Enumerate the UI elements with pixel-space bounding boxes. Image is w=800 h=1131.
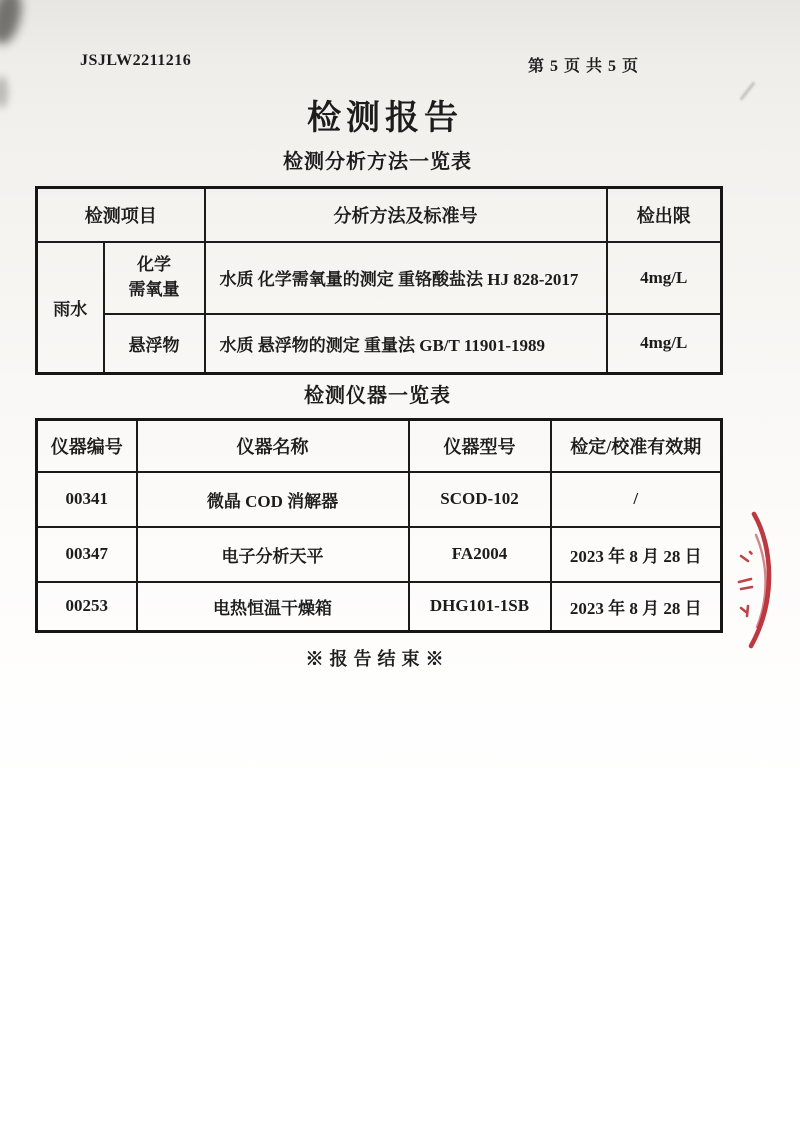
table-row: 00347 电子分析天平 FA2004 2023 年 8 月 28 日	[37, 527, 722, 582]
instrument-model-cell: SCOD-102	[409, 472, 551, 527]
instrument-table: 仪器编号 仪器名称 仪器型号 检定/校准有效期 00341 微晶 COD 消解器…	[35, 418, 723, 633]
page-indicator: 第 5 页 共 5 页	[528, 53, 639, 76]
report-number: JSJLW2211216	[80, 52, 191, 70]
instrument-table-header-row: 仪器编号 仪器名称 仪器型号 检定/校准有效期	[37, 420, 722, 472]
table-row: 00341 微晶 COD 消解器 SCOD-102 /	[37, 472, 722, 527]
page-title: 检测报告	[35, 90, 735, 139]
test-item-cell: 化学 需氧量	[104, 242, 205, 314]
detection-limit-cell: 4mg/L	[607, 314, 722, 374]
col-header-test-item: 检测项目	[37, 188, 205, 242]
method-table-caption: 检测分析方法一览表	[35, 145, 720, 174]
test-item-cell: 悬浮物	[104, 314, 205, 374]
calibration-validity-cell: 2023 年 8 月 28 日	[551, 582, 722, 632]
red-seal-stamp-edge	[733, 505, 795, 655]
detection-limit-cell: 4mg/L	[607, 242, 722, 314]
instrument-name-cell: 电热恒温干燥箱	[137, 582, 409, 632]
col-header-detection-limit: 检出限	[607, 188, 722, 242]
instrument-model-cell: FA2004	[409, 527, 551, 582]
instrument-no-cell: 00253	[37, 582, 137, 632]
col-header-instrument-name: 仪器名称	[137, 420, 409, 472]
col-header-instrument-model: 仪器型号	[409, 420, 551, 472]
instrument-name-cell: 微晶 COD 消解器	[137, 472, 409, 527]
calibration-validity-cell: 2023 年 8 月 28 日	[551, 527, 722, 582]
calibration-validity-cell: /	[551, 472, 722, 527]
instrument-name-cell: 电子分析天平	[137, 527, 409, 582]
col-header-instrument-no: 仪器编号	[37, 420, 137, 472]
method-table-header-row: 检测项目 分析方法及标准号 检出限	[37, 188, 722, 242]
test-item-line2: 需氧量	[105, 278, 204, 303]
report-end-note: ※报告结束※	[35, 645, 720, 671]
scan-artifact-corner-smudge	[0, 0, 26, 47]
instrument-no-cell: 00347	[37, 527, 137, 582]
table-row: 雨水 化学 需氧量 水质 化学需氧量的测定 重铬酸盐法 HJ 828-2017 …	[37, 242, 722, 314]
analysis-method-cell: 水质 悬浮物的测定 重量法 GB/T 11901-1989	[205, 314, 607, 374]
instrument-model-cell: DHG101-1SB	[409, 582, 551, 632]
scanned-report-page: JSJLW2211216 第 5 页 共 5 页 检测报告 检测分析方法一览表 …	[0, 0, 800, 1131]
method-table: 检测项目 分析方法及标准号 检出限 雨水 化学 需氧量 水质 化学需氧量的测定 …	[35, 186, 723, 375]
instrument-no-cell: 00341	[37, 472, 137, 527]
analysis-method-cell: 水质 化学需氧量的测定 重铬酸盐法 HJ 828-2017	[205, 242, 607, 314]
table-row: 悬浮物 水质 悬浮物的测定 重量法 GB/T 11901-1989 4mg/L	[37, 314, 722, 374]
table-row: 00253 电热恒温干燥箱 DHG101-1SB 2023 年 8 月 28 日	[37, 582, 722, 632]
scan-artifact-diagonal-mark	[740, 81, 756, 100]
test-item-line1: 化学	[105, 253, 204, 278]
col-header-analysis-method: 分析方法及标准号	[205, 188, 607, 242]
col-header-calibration-validity: 检定/校准有效期	[551, 420, 722, 472]
instrument-table-caption: 检测仪器一览表	[35, 379, 720, 408]
scan-artifact-edge-smudge	[0, 76, 8, 108]
sample-type-cell: 雨水	[37, 242, 104, 374]
